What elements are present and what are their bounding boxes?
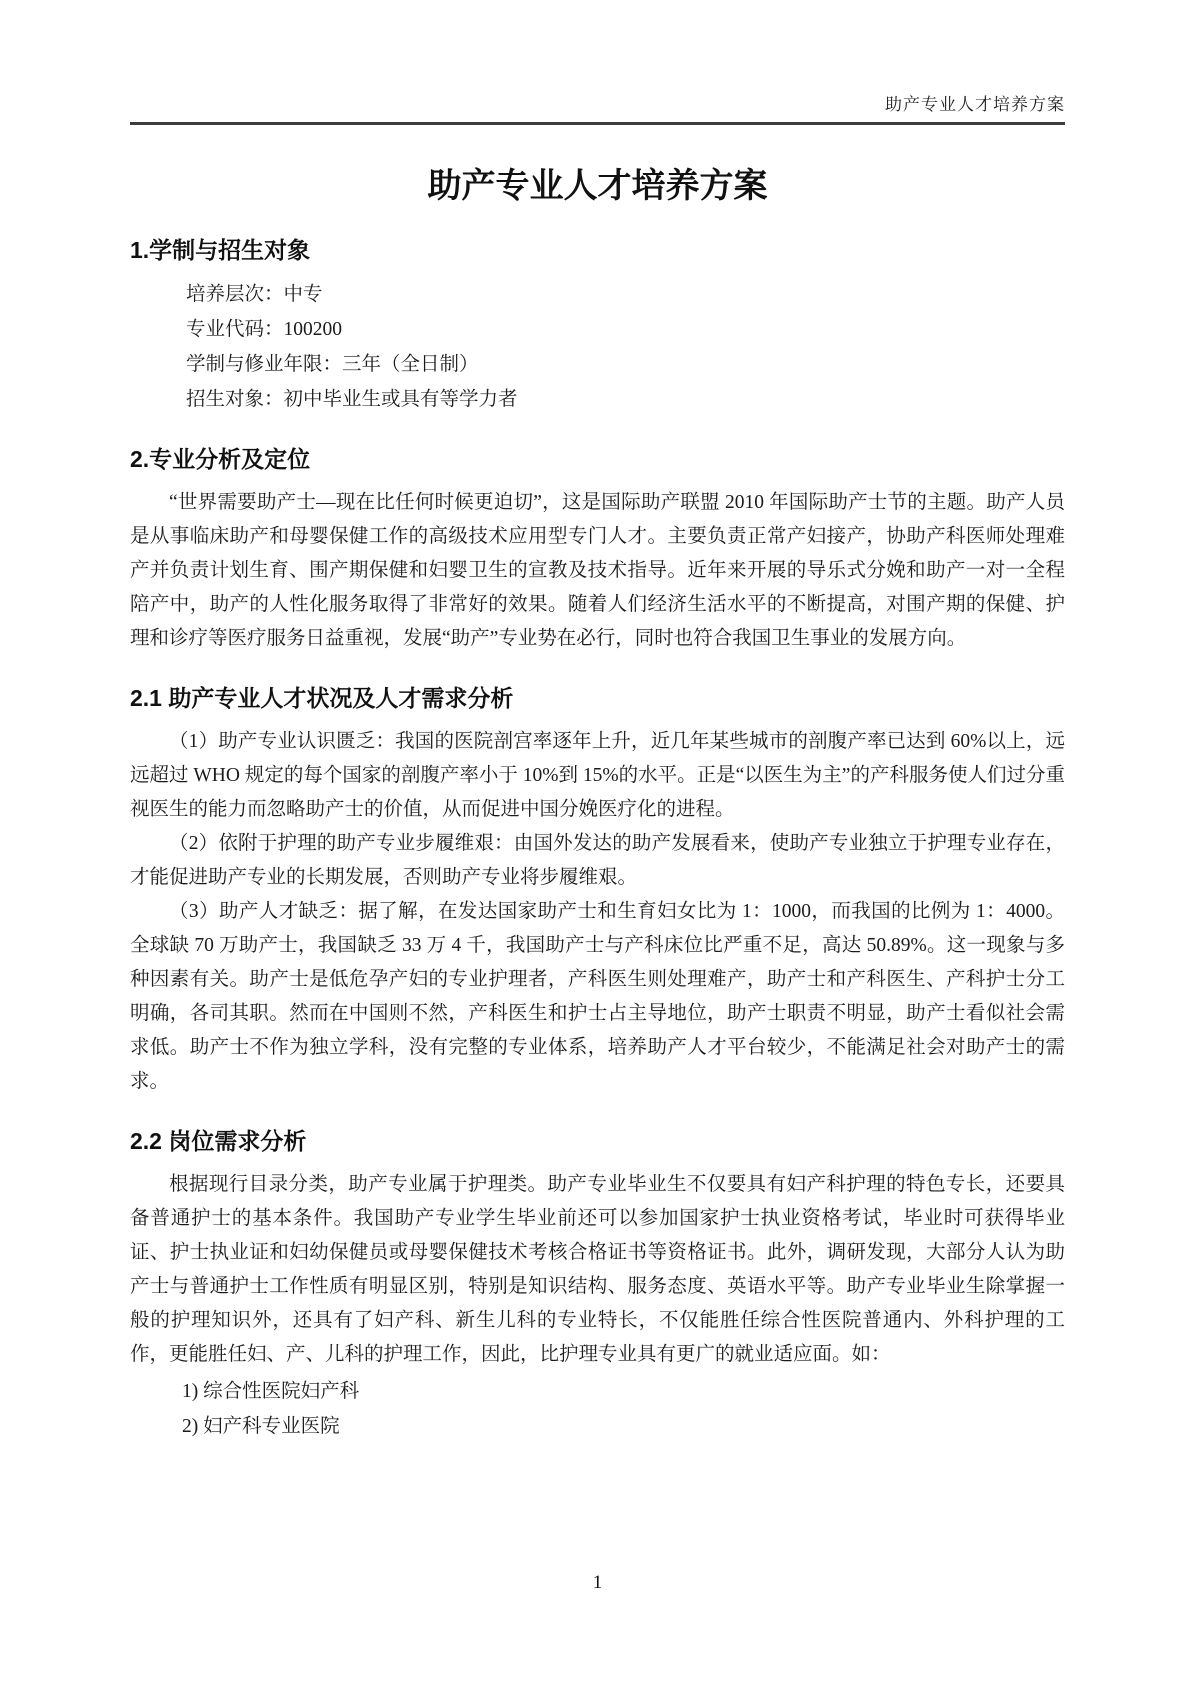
section-2-1-paragraph-2: （2）依附于护理的助产专业步履维艰：由国外发达的助产发展看来，使助产专业独立于护…: [130, 827, 1065, 895]
heading-section-2-1: 2.1 助产专业人才状况及人才需求分析: [130, 683, 1065, 713]
section-2-1-paragraph-3: （3）助产人才缺乏：据了解，在发达国家助产士和生育妇女比为 1：1000，而我国…: [130, 895, 1065, 1099]
document-page: 助产专业人才培养方案 助产专业人才培养方案 1.学制与招生对象 培养层次：中专 …: [0, 0, 1199, 1696]
section-2-1-paragraph-1: （1）助产专业认识匮乏：我国的医院剖宫率逐年上升，近几年某些城市的剖腹产率已达到…: [130, 725, 1065, 827]
running-header: 助产专业人才培养方案: [130, 90, 1065, 115]
employment-list-item-2: 2) 妇产科专业医院: [182, 1409, 1065, 1444]
section-2-2-paragraph: 根据现行目录分类，助产专业属于护理类。助产专业毕业生不仅要具有妇产科护理的特色专…: [130, 1168, 1065, 1372]
document-body: 助产专业人才培养方案 1.学制与招生对象 培养层次：中专 专业代码：100200…: [130, 138, 1065, 1444]
document-title: 助产专业人才培养方案: [130, 164, 1065, 208]
heading-section-2-2: 2.2 岗位需求分析: [130, 1126, 1065, 1156]
section-1-info-list: 培养层次：中专 专业代码：100200 学制与修业年限：三年（全日制） 招生对象…: [130, 277, 1065, 417]
info-line-training-level: 培养层次：中专: [186, 277, 1065, 312]
heading-section-1: 1.学制与招生对象: [130, 235, 1065, 265]
heading-section-2: 2.专业分析及定位: [130, 444, 1065, 474]
info-line-enrollment-target: 招生对象：初中毕业生或具有等学力者: [186, 382, 1065, 417]
section-2-2-employment-list: 1) 综合性医院妇产科 2) 妇产科专业医院: [130, 1374, 1065, 1444]
info-line-major-code: 专业代码：100200: [186, 312, 1065, 347]
page-number: 1: [130, 1572, 1065, 1594]
section-2-paragraph: “世界需要助产士—现在比任何时候更迫切”，这是国际助产联盟 2010 年国际助产…: [130, 486, 1065, 656]
info-line-study-duration: 学制与修业年限：三年（全日制）: [186, 347, 1065, 382]
header-divider-rule: [130, 122, 1065, 125]
employment-list-item-1: 1) 综合性医院妇产科: [182, 1374, 1065, 1409]
